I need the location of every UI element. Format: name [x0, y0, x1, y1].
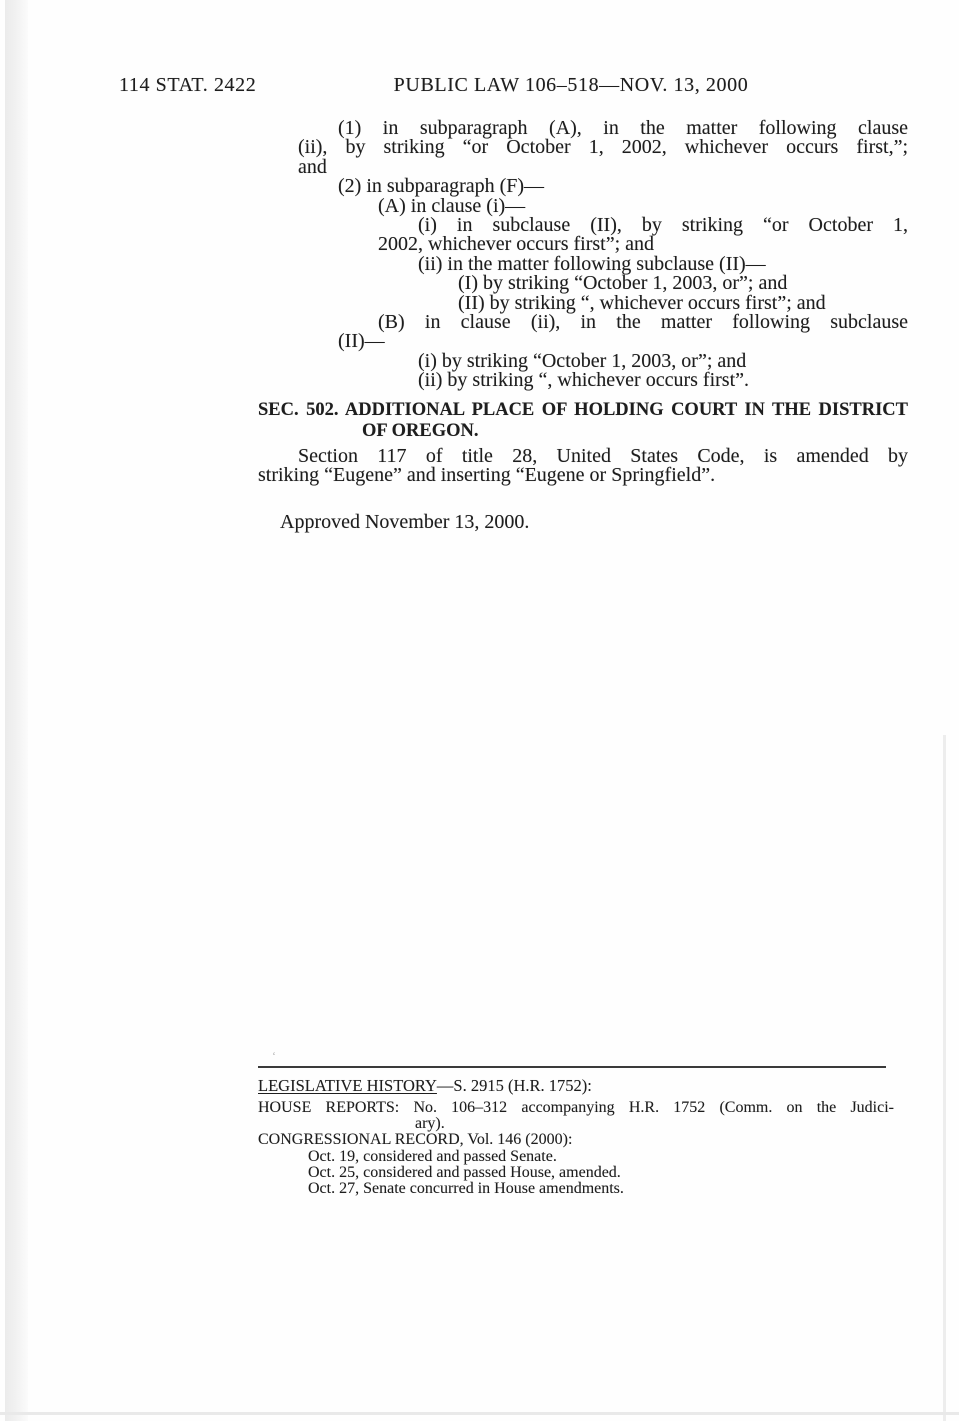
amendment-line: (2) in subparagraph (F)—	[258, 177, 908, 196]
amendment-clauses: (1) in subparagraph (A), in the matter f…	[258, 119, 908, 391]
legislative-history-rule	[258, 1066, 886, 1068]
legislative-history-line: ary).	[258, 1116, 894, 1132]
legislative-history-title-rest: —S. 2915 (H.R. 1752):	[437, 1076, 592, 1095]
section-text: Section 117 of title 28, United States C…	[258, 447, 908, 486]
statute-page: ʻ 114 STAT. 2422 PUBLIC LAW 106–518—NOV.…	[0, 0, 959, 1421]
scan-gutter-shadow	[5, 0, 28, 1421]
amendment-line: 2002, whichever occurs first”; and	[258, 235, 908, 254]
legislative-history-title: LEGISLATIVE HISTORY—S. 2915 (H.R. 1752):	[258, 1077, 894, 1094]
legislative-history-line: CONGRESSIONAL RECORD, Vol. 146 (2000):	[258, 1132, 894, 1148]
scan-bottom-edge	[0, 1412, 959, 1415]
legislative-history-line: HOUSE REPORTS: No. 106–312 accompanying …	[258, 1100, 894, 1116]
scan-speck: ʻ	[272, 1050, 276, 1062]
legislative-history-title-underlined: LEGISLATIVE HISTORY	[258, 1076, 437, 1095]
section-heading-line2: OF OREGON.	[258, 421, 908, 442]
amendment-line: (ii), by striking “or October 1, 2002, w…	[258, 138, 908, 157]
section-heading: SEC. 502. ADDITIONAL PLACE OF HOLDING CO…	[258, 400, 908, 442]
approval-line: Approved November 13, 2000.	[258, 512, 908, 532]
stat-page-number: 114 STAT. 2422	[119, 74, 256, 97]
statute-body: (1) in subparagraph (A), in the matter f…	[258, 119, 908, 532]
legislative-history: LEGISLATIVE HISTORY—S. 2915 (H.R. 1752):…	[258, 1066, 894, 1197]
section-heading-line1: SEC. 502. ADDITIONAL PLACE OF HOLDING CO…	[258, 400, 908, 421]
legislative-history-lines: HOUSE REPORTS: No. 106–312 accompanying …	[258, 1100, 894, 1197]
legislative-history-line: Oct. 25, considered and passed House, am…	[258, 1165, 894, 1181]
legislative-history-line: Oct. 27, Senate concurred in House amend…	[258, 1181, 894, 1197]
amendment-line: (I) by striking “October 1, 2003, or”; a…	[258, 274, 908, 293]
scan-edge-line	[943, 735, 946, 1421]
amendment-line: (II)—	[258, 332, 908, 351]
section-text-line: striking “Eugene” and inserting “Eugene …	[258, 466, 908, 485]
amendment-line: (ii) by striking “, whichever occurs fir…	[258, 371, 908, 390]
legislative-history-line: Oct. 19, considered and passed Senate.	[258, 1149, 894, 1165]
public-law-running-head: PUBLIC LAW 106–518—NOV. 13, 2000	[394, 74, 749, 97]
